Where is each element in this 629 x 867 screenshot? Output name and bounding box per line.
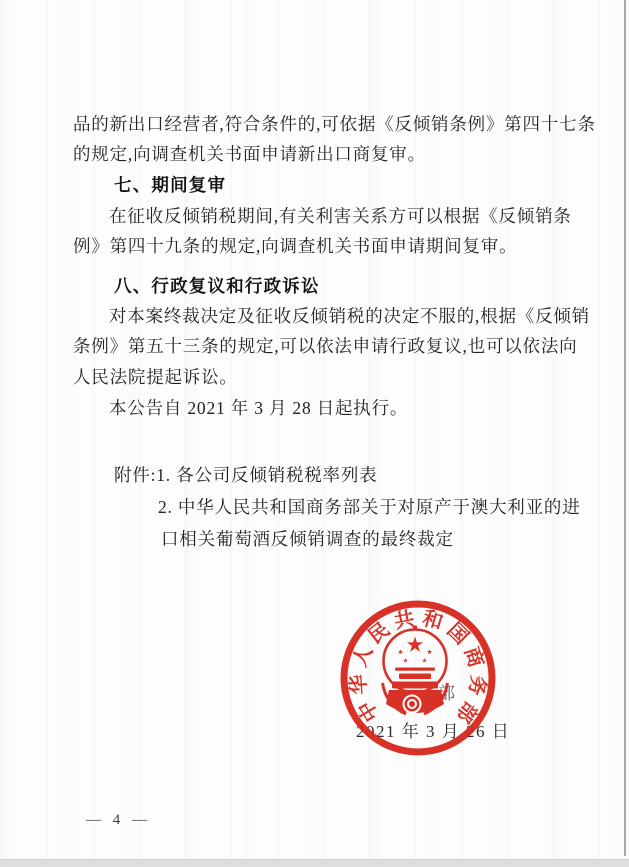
- attachment-item-2: 2. 中华人民共和国商务部关于对原产于澳大利亚的进: [158, 494, 581, 519]
- scan-bottom-edge: [0, 859, 629, 867]
- section-heading-7: 七、期间复审: [114, 172, 226, 197]
- scanned-document-page: 品的新出口经营者,符合条件的,可依据《反倾销条例》第四十七条 的规定,向调查机关…: [0, 0, 629, 867]
- scan-edge-line: [624, 0, 626, 856]
- effective-date-line: 本公告自 2021 年 3 月 28 日起执行。: [109, 395, 408, 420]
- section-heading-8: 八、行政复议和行政诉讼: [114, 273, 320, 298]
- body-line-3: 在征收反倾销税期间,有关利害关系方可以根据《反倾销条: [109, 203, 572, 228]
- official-seal-icon: 中华人民共和国商务部: [337, 597, 499, 759]
- body-line-6: 条例》第五十三条的规定,可以依法申请行政复议,也可以依法向: [73, 333, 577, 358]
- body-line-5: 对本案终裁决定及征收反倾销税的决定不服的,根据《反倾销: [109, 303, 590, 328]
- attachment-item-1: 附件:1. 各公司反倾销税税率列表: [114, 462, 377, 487]
- attachment-item-2-continued: 口相关葡萄酒反倾销调查的最终裁定: [161, 526, 454, 551]
- body-line-2: 的规定,向调查机关书面申请新出口商复审。: [73, 141, 426, 166]
- page-number: — 4 —: [86, 812, 151, 829]
- body-line-4: 例》第四十九条的规定,向调查机关书面申请期间复审。: [73, 233, 517, 258]
- body-line-1: 品的新出口经营者,符合条件的,可依据《反倾销条例》第四十七条: [73, 111, 596, 136]
- national-emblem-icon: [383, 626, 448, 715]
- body-line-7: 人民法院提起诉讼。: [73, 364, 238, 389]
